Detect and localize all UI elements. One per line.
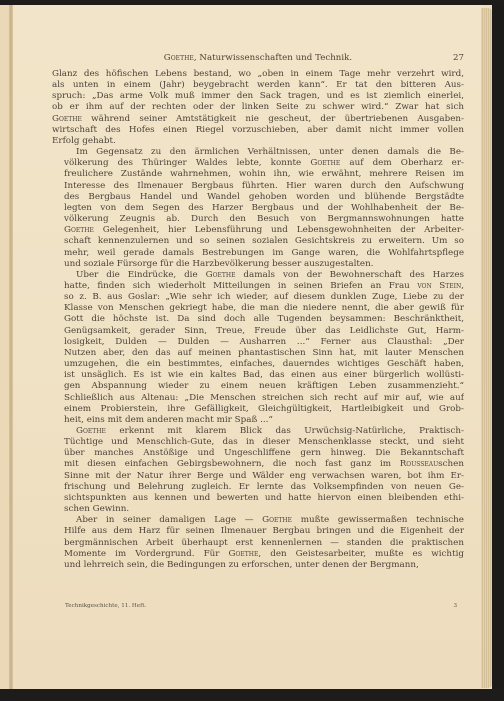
text-line: Goethe erkennt mit klarem Blick das Urwü…	[52, 426, 464, 437]
text-line: losigkeit, Dulden — Dulden — Ausharren .…	[52, 337, 464, 348]
text-line: wirtschaft des Hofes einen Riegel vorzus…	[52, 125, 464, 136]
text-line: einem Probierstein, ihre Gefälligkeit, G…	[52, 404, 464, 415]
page-stack-edge	[481, 8, 492, 688]
text-line: Hilfe aus dem Harz für seinen Ilmenauer …	[52, 526, 464, 537]
text-line: Interesse des Ilmenauer Bergbaus führten…	[52, 181, 464, 192]
text-line: über manches Anstößige und Ungeschliffen…	[52, 448, 464, 459]
header-author: Goethe	[164, 53, 194, 63]
text-line: Glanz des höfischen Lebens bestand, wo „…	[52, 69, 464, 80]
text-line: schaft kennenzulernen und so seinen sozi…	[52, 236, 464, 247]
person-name-smallcaps: Goethe	[76, 426, 106, 436]
paragraph: Im Gegensatz zu den ärmlichen Verhältnis…	[52, 147, 464, 270]
text-line: schen Gewinn.	[52, 504, 464, 515]
person-name-smallcaps: Rousseau	[400, 459, 438, 469]
text-line: Im Gegensatz zu den ärmlichen Verhältnis…	[52, 147, 464, 158]
text-line: Goethe Gelegenheit, hier Lebensführung u…	[52, 225, 464, 236]
body-text: Glanz des höfischen Lebens bestand, wo „…	[52, 69, 464, 571]
text-line: des Bergbaus Handel und Wandel gehoben w…	[52, 192, 464, 203]
text-line: und lehrreich sein, die Bedingungen zu e…	[52, 560, 464, 571]
text-line: ist unsäglich. Es ist wie ein kaltes Bad…	[52, 370, 464, 381]
person-name-smallcaps: Goethe	[64, 225, 94, 235]
text-line: Tüchtige und Menschlich-Gute, das in die…	[52, 437, 464, 448]
text-line: Schließlich aus Altenau: „Die Menschen s…	[52, 393, 464, 404]
text-line: Klasse von Menschen gekriegt habe, die m…	[52, 303, 464, 314]
text-line: als unten in einem (Jahr) beygebracht we…	[52, 80, 464, 91]
person-name-smallcaps: Goethe	[262, 515, 292, 525]
paragraph: Über die Eindrücke, die Goethe damals vo…	[52, 270, 464, 426]
text-line: legten von dem Segen des Harzer Bergbaus…	[52, 203, 464, 214]
footer-series-label: Technikgeschichte, 11. Heft.	[65, 603, 146, 609]
text-line: Goethe während seiner Amtstätigkeit nie …	[52, 114, 464, 125]
scan-border-bottom	[0, 689, 504, 701]
text-line: mehr, weil gerade damals Bestrebungen im…	[52, 248, 464, 259]
text-line: heit, eins mit dem anderen macht mir Spa…	[52, 415, 464, 426]
text-line: Genügsamkeit, gerader Sinn, Treue, Freud…	[52, 326, 464, 337]
text-line: bergmännischen Arbeit überhaupt erst ken…	[52, 538, 464, 549]
text-line: freulichere Zustände wahrnehmen, wohin i…	[52, 169, 464, 180]
text-line: sichtspunkten aus kennen und bewerten un…	[52, 493, 464, 504]
text-line: Aber in seiner damaligen Lage — Goethe m…	[52, 515, 464, 526]
text-line: hatte, finden sich wiederholt Mitteilung…	[52, 281, 464, 292]
person-name-smallcaps: von Stein	[417, 281, 461, 291]
text-line: Sinne mit der Natur ihrer Berge und Wäld…	[52, 471, 464, 482]
text-line: frischung und Belehrung zugleich. Er ler…	[52, 482, 464, 493]
header-subject: , Naturwissenschaften und Technik.	[194, 53, 352, 63]
text-line: ob er ihm auf der rechten oder der linke…	[52, 102, 464, 113]
footer-signature-mark: 3	[453, 603, 457, 609]
paragraph: Goethe erkennt mit klarem Blick das Urwü…	[52, 426, 464, 515]
page-footer: Technikgeschichte, 11. Heft. 3	[65, 603, 457, 609]
text-line: Nutzen aber, den das auf meinen phantast…	[52, 348, 464, 359]
text-line: Momente im Vordergrund. Für Goethe, den …	[52, 549, 464, 560]
running-header-title: Goethe, Naturwissenschaften und Technik.	[52, 53, 464, 63]
paragraph: Aber in seiner damaligen Lage — Goethe m…	[52, 515, 464, 571]
paragraph: Glanz des höfischen Lebens bestand, wo „…	[52, 69, 464, 147]
person-name-smallcaps: Goethe	[229, 549, 259, 559]
previous-page-edge	[0, 5, 9, 689]
text-line: völkerung Zeugnis ab. Durch den Besuch v…	[52, 214, 464, 225]
text-line: völkerung des Thüringer Waldes lebte, ko…	[52, 158, 464, 169]
text-line: so z. B. aus Goslar: „Wie sehr ich wiede…	[52, 292, 464, 303]
text-line: Über die Eindrücke, die Goethe damals vo…	[52, 270, 464, 281]
text-line: mit diesen einfachen Gebirgsbewohnern, d…	[52, 459, 464, 470]
person-name-smallcaps: Goethe	[310, 158, 340, 168]
text-line: umzugehen, die ein bestimmtes, einfaches…	[52, 359, 464, 370]
text-line: gen Abspannung wieder zu einem neuen krä…	[52, 381, 464, 392]
text-line: Gott die höchste ist. Da sind doch alle …	[52, 314, 464, 325]
person-name-smallcaps: Goethe	[206, 270, 236, 280]
text-line: Erfolg gehabt.	[52, 136, 464, 147]
person-name-smallcaps: Goethe	[52, 114, 82, 124]
page-number: 27	[453, 53, 464, 63]
text-line: spruch: „Das arme Volk muß immer den Sac…	[52, 91, 464, 102]
text-line: und soziale Fürsorge für die Harzbevölke…	[52, 259, 464, 270]
